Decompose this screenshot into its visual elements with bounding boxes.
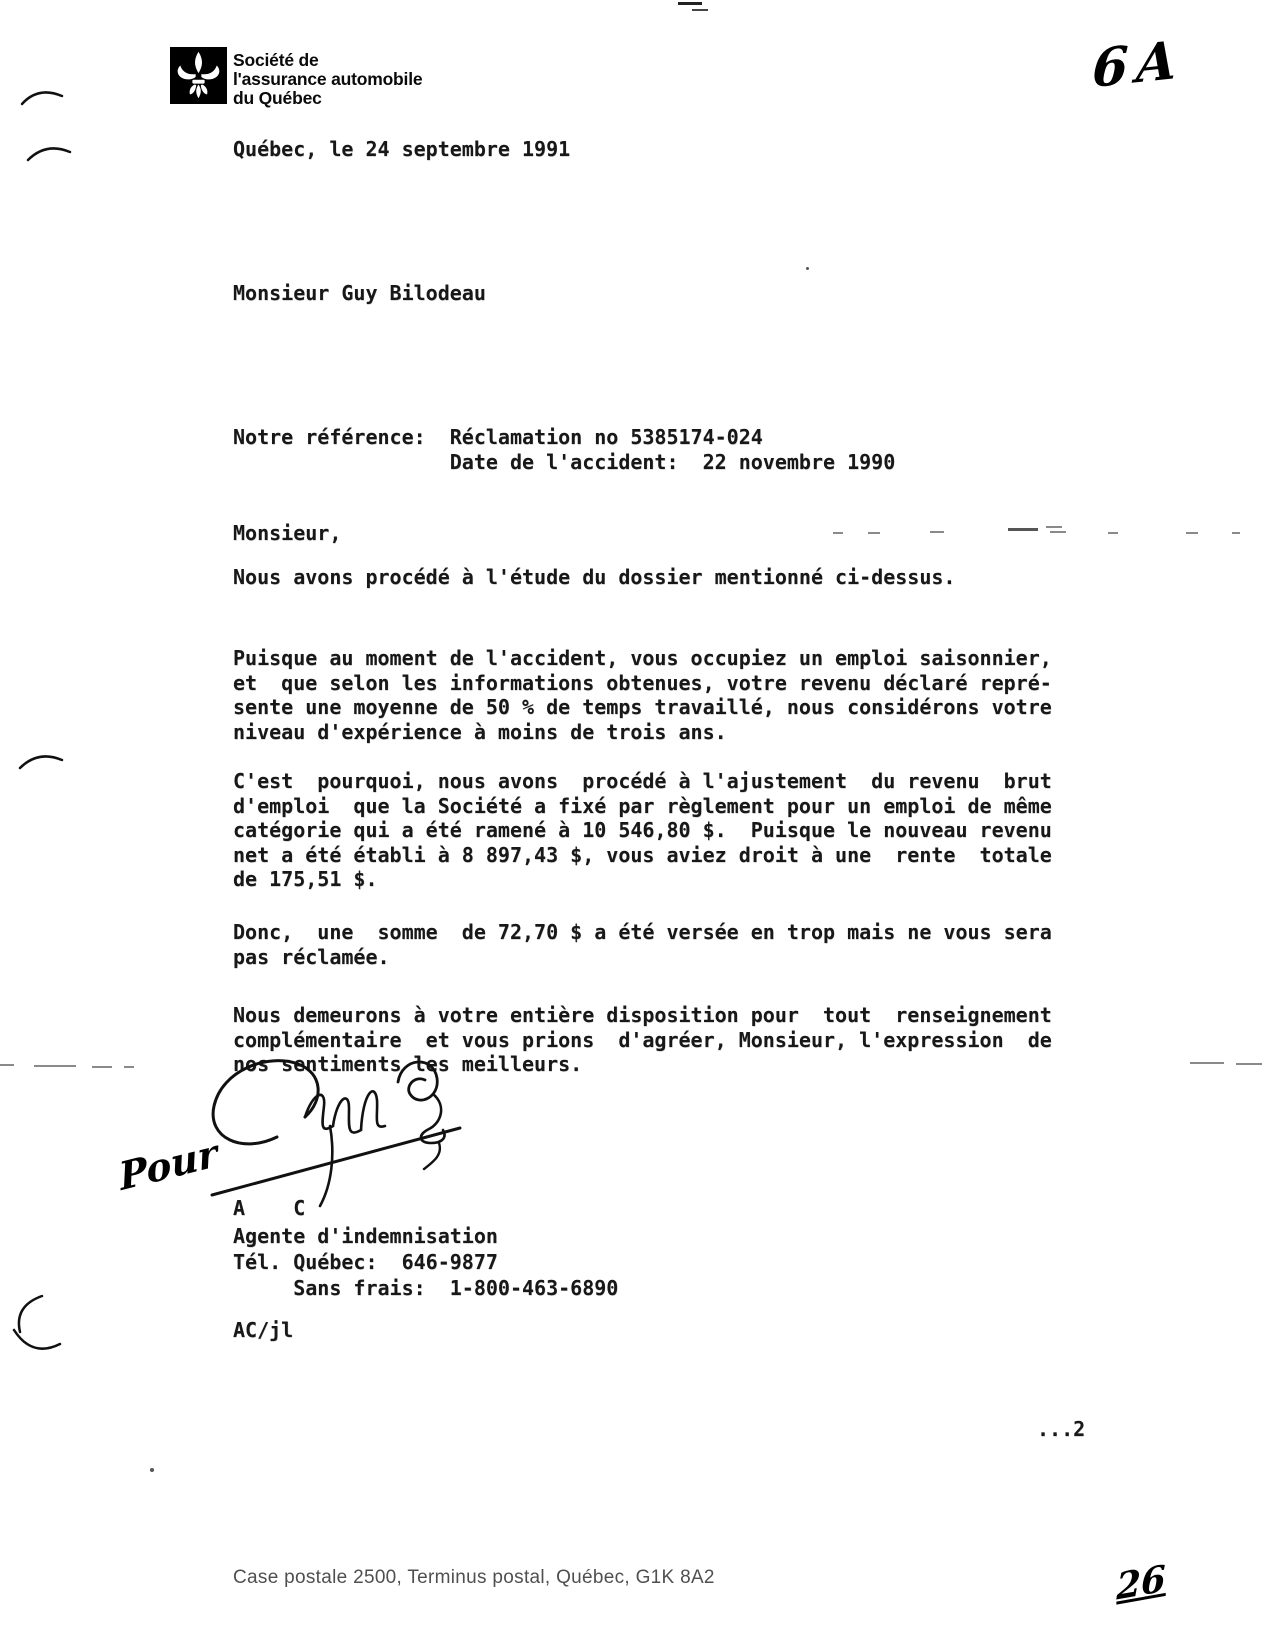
scan-artifact — [806, 267, 809, 270]
salutation: Monsieur, — [233, 521, 341, 546]
scan-artifact — [1108, 532, 1118, 534]
footer-address: Case postale 2500, Terminus postal, Québ… — [233, 1567, 715, 1589]
scan-artifact — [1236, 1063, 1262, 1065]
scan-artifact — [34, 1065, 76, 1067]
scan-artifact — [1232, 532, 1240, 534]
signature-image — [202, 1042, 472, 1210]
saaq-logo — [170, 47, 227, 104]
fleur-de-lis-icon — [170, 47, 227, 104]
paragraph-3: C'est pourquoi, nous avons procédé à l'a… — [233, 769, 1052, 892]
page-indicator: ...2 — [1037, 1417, 1085, 1442]
recipient-name: Monsieur Guy Bilodeau — [233, 281, 486, 306]
scan-artifact — [1190, 1062, 1224, 1064]
scan-artifact — [124, 1066, 134, 1068]
scan-artifact — [833, 532, 843, 534]
scan-artifact — [1008, 528, 1038, 531]
scan-artifact — [692, 9, 708, 11]
logo-text-line2: l'assurance automobile — [233, 70, 422, 89]
paragraph-4: Donc, une somme de 72,70 $ a été versée … — [233, 920, 1052, 969]
scan-artifact — [1050, 531, 1066, 533]
scan-artifact — [1046, 526, 1062, 528]
scan-artifact — [1186, 532, 1198, 534]
scan-artifact — [150, 1468, 154, 1472]
scanned-letter-page: Société de l'assurance automobile du Qué… — [0, 0, 1271, 1641]
scan-artifact — [20, 84, 66, 110]
scan-artifact — [18, 748, 66, 774]
scan-artifact — [930, 531, 944, 533]
paragraph-2: Puisque au moment de l'accident, vous oc… — [233, 646, 1052, 744]
logo-text-line3: du Québec — [233, 89, 422, 108]
signer-phone-quebec: Tél. Québec: 646-9877 — [233, 1250, 498, 1275]
handwritten-page-mark-top: 6A — [1091, 29, 1185, 100]
signer-title: Agente d'indemnisation — [233, 1224, 498, 1249]
signer-phone-tollfree: Sans frais: 1-800-463-6890 — [233, 1276, 618, 1301]
logo-text-line1: Société de — [233, 51, 422, 70]
typist-initials: AC/jl — [233, 1318, 293, 1343]
handwritten-page-mark-bottom: 26 — [1116, 1557, 1165, 1608]
signer-name: A C — [233, 1196, 305, 1221]
scan-artifact — [92, 1066, 112, 1068]
paragraph-1: Nous avons procédé à l'étude du dossier … — [233, 565, 955, 590]
scan-artifact — [8, 1292, 78, 1362]
scan-artifact — [26, 142, 74, 166]
scan-artifact — [868, 532, 880, 534]
logo-text: Société de l'assurance automobile du Qué… — [233, 51, 422, 108]
scan-artifact — [678, 2, 702, 5]
date-line: Québec, le 24 septembre 1991 — [233, 137, 570, 162]
scan-artifact — [0, 1064, 14, 1066]
reference-block: Notre référence: Réclamation no 5385174-… — [233, 425, 895, 474]
